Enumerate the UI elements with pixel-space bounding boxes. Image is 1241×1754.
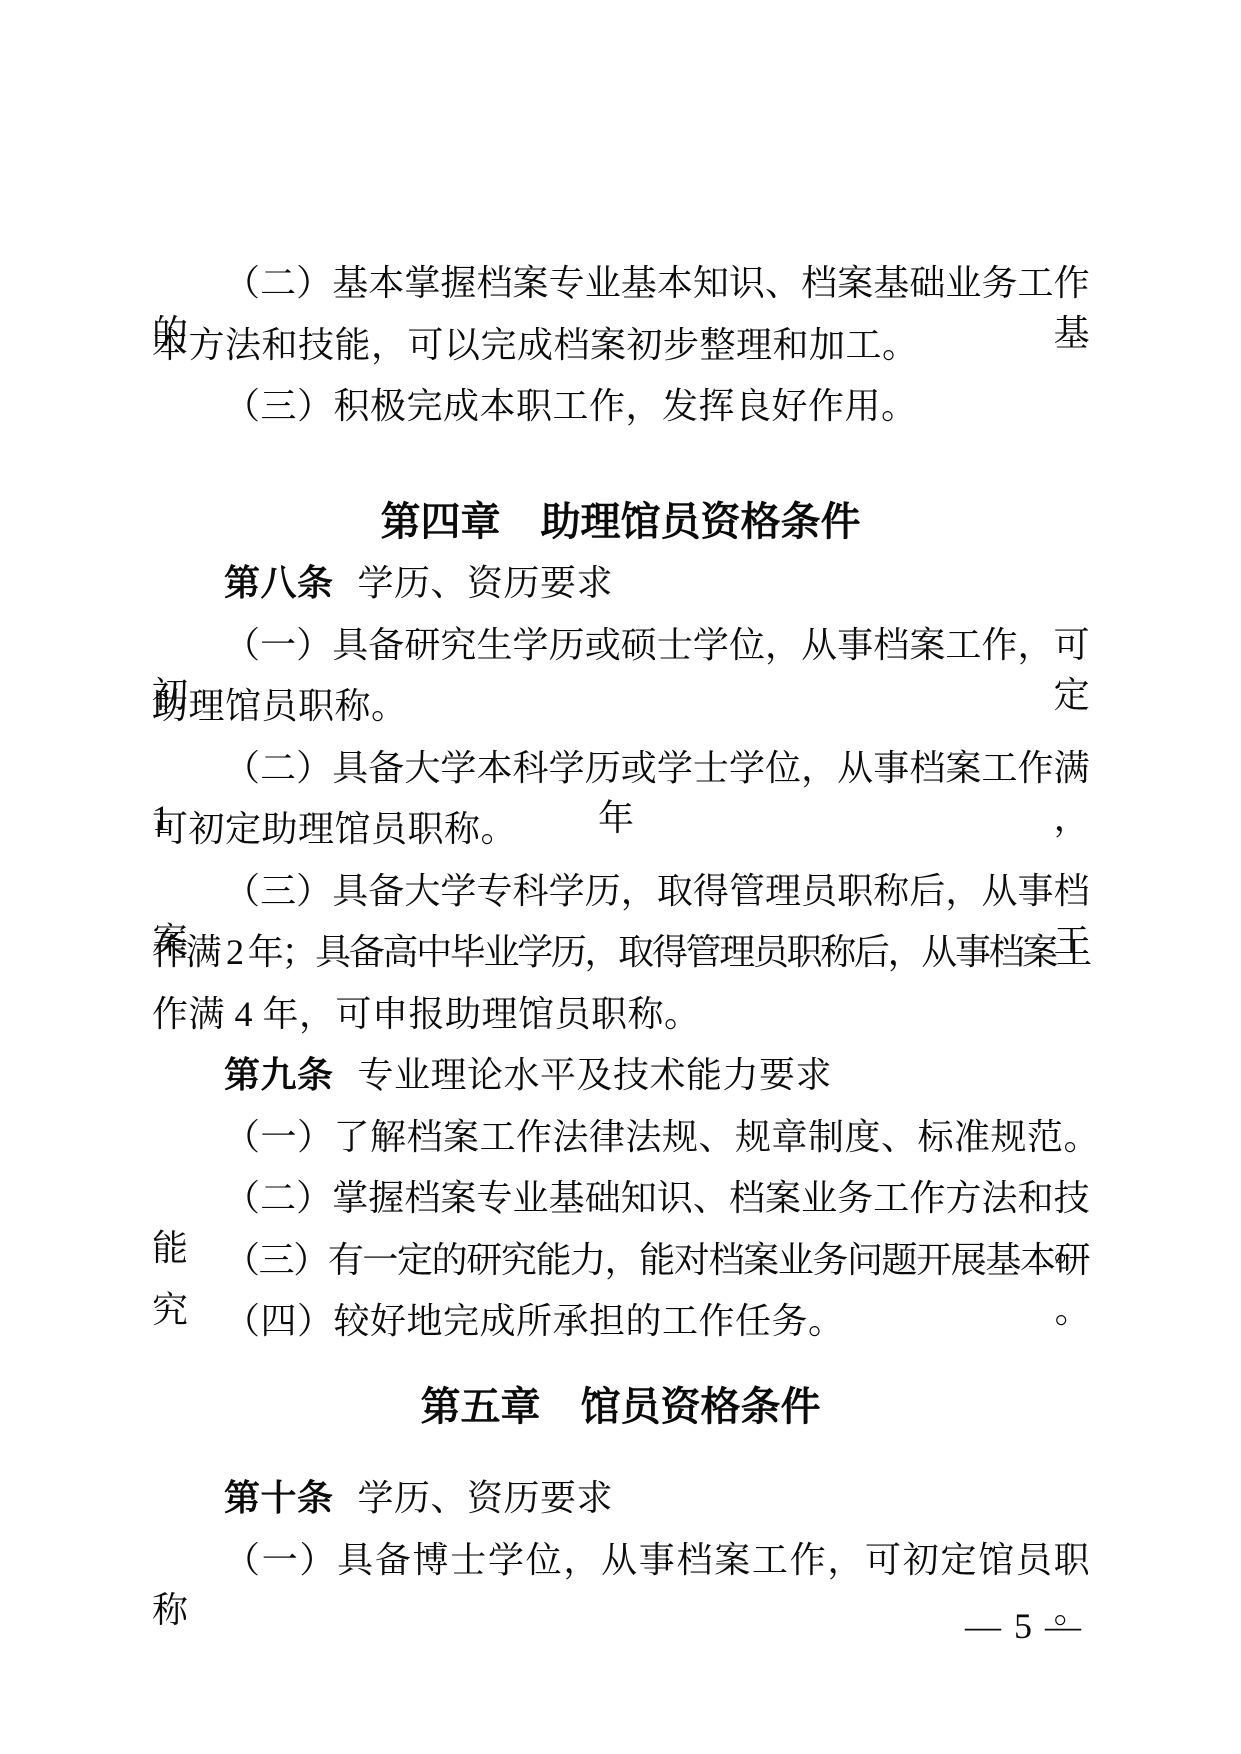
paragraph-line: 作满 2 年；具备高中毕业学历，取得管理员职称后，从事档案工 xyxy=(152,927,1089,977)
article-heading: 第八条学历、资历要求 xyxy=(152,558,1089,608)
paragraph-line: （三）积极完成本职工作，发挥良好作用。 xyxy=(152,381,1089,431)
page-number: — 5 — xyxy=(965,1601,1083,1651)
paragraph-line: 作满 4 年，可申报助理馆员职称。 xyxy=(152,989,1089,1039)
paragraph-line: （一）了解档案工作法律法规、规章制度、标准规范。 xyxy=(152,1112,1089,1162)
article-number: 第九条 xyxy=(224,1054,334,1095)
paragraph-line: 助理馆员职称。 xyxy=(152,681,1089,731)
document-page: （二）基本掌握档案专业基本知识、档案基础业务工作的基 本方法和技能，可以完成档案… xyxy=(0,0,1241,1754)
article-number: 第八条 xyxy=(224,562,334,603)
paragraph-line: （一）具备博士学位，从事档案工作，可初定馆员职称。 xyxy=(152,1535,1089,1635)
chapter-heading: 第四章 助理馆员资格条件 xyxy=(0,492,1241,552)
article-title: 学历、资历要求 xyxy=(358,563,614,603)
article-title: 专业理论水平及技术能力要求 xyxy=(358,1055,833,1095)
paragraph-line: 可初定助理馆员职称。 xyxy=(152,804,1089,854)
paragraph-line: 本方法和技能，可以完成档案初步整理和加工。 xyxy=(152,320,1089,370)
paragraph-line: （四）较好地完成所承担的工作任务。 xyxy=(152,1296,1089,1346)
article-number: 第十条 xyxy=(224,1477,334,1518)
article-title: 学历、资历要求 xyxy=(358,1478,614,1518)
chapter-heading: 第五章 馆员资格条件 xyxy=(0,1377,1241,1437)
article-heading: 第九条专业理论水平及技术能力要求 xyxy=(152,1050,1089,1100)
article-heading: 第十条学历、资历要求 xyxy=(152,1473,1089,1523)
